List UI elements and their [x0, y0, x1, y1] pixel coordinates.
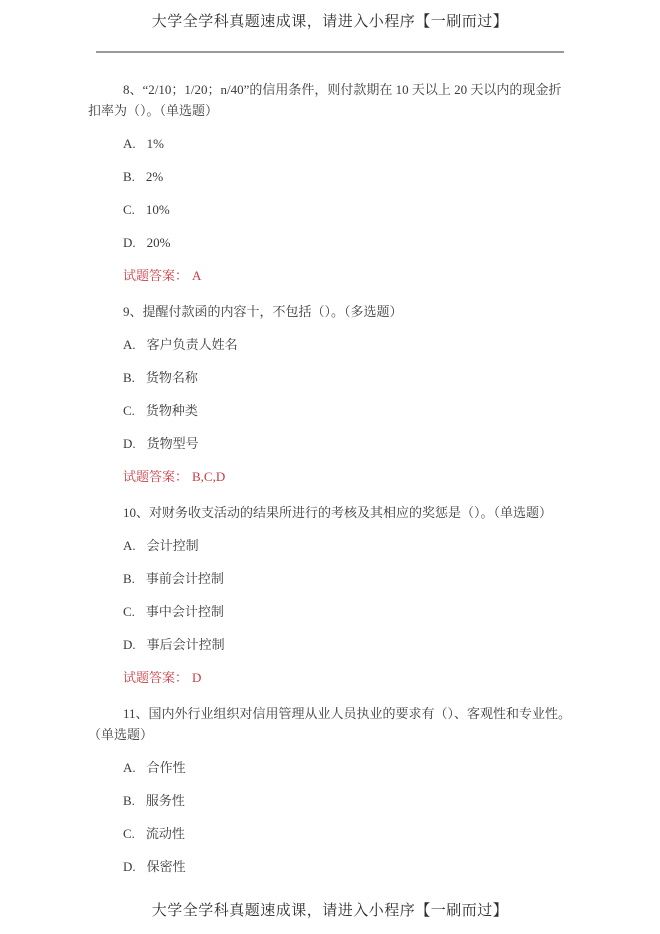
answer-label: 试题答案：	[123, 670, 188, 685]
question-text: 8、“2/10；1/20；n/40”的信用条件，则付款期在 10 天以上 20 …	[88, 79, 572, 121]
option-row: C.流动性	[123, 823, 572, 844]
question-block-9: 9、提醒付款函的内容十，不包括（）。（多选题） A.客户负责人姓名 B.货物名称…	[88, 301, 572, 487]
option-text: 事中会计控制	[146, 604, 224, 619]
option-letter: C.	[123, 604, 135, 619]
option-text: 10%	[146, 202, 170, 217]
option-row: B.事前会计控制	[123, 568, 572, 589]
option-letter: D.	[123, 235, 136, 250]
option-letter: B.	[123, 571, 135, 586]
option-row: A.会计控制	[123, 535, 572, 556]
option-letter: B.	[123, 370, 135, 385]
option-row: B.服务性	[123, 790, 572, 811]
question-block-8: 8、“2/10；1/20；n/40”的信用条件，则付款期在 10 天以上 20 …	[88, 79, 572, 286]
answer-value: A	[192, 268, 201, 283]
option-letter: C.	[123, 202, 135, 217]
option-letter: A.	[123, 337, 136, 352]
option-letter: B.	[123, 793, 135, 808]
option-text: 保密性	[147, 859, 186, 874]
option-text: 事后会计控制	[147, 637, 225, 652]
option-text: 会计控制	[147, 538, 199, 553]
option-text: 货物名称	[146, 370, 198, 385]
header-promo: 大学全学科真题速成课，请进入小程序【一刷而过】	[0, 10, 660, 31]
option-text: 事前会计控制	[146, 571, 224, 586]
option-letter: D.	[123, 436, 136, 451]
option-row: D.事后会计控制	[123, 634, 572, 655]
option-row: D.20%	[123, 232, 572, 253]
option-text: 合作性	[147, 760, 186, 775]
questions-list: 8、“2/10；1/20；n/40”的信用条件，则付款期在 10 天以上 20 …	[88, 79, 572, 877]
option-row: C.10%	[123, 199, 572, 220]
option-row: C.货物种类	[123, 400, 572, 421]
option-text: 客户负责人姓名	[147, 337, 238, 352]
option-letter: A.	[123, 136, 136, 151]
option-row: D.保密性	[123, 856, 572, 877]
option-letter: C.	[123, 403, 135, 418]
option-text: 流动性	[146, 826, 185, 841]
answer-line: 试题答案：B,C,D	[123, 466, 572, 487]
option-letter: D.	[123, 637, 136, 652]
option-row: A.合作性	[123, 757, 572, 778]
answer-label: 试题答案：	[123, 268, 188, 283]
option-text: 20%	[147, 235, 171, 250]
answer-label: 试题答案：	[123, 469, 188, 484]
option-text: 服务性	[146, 793, 185, 808]
answer-line: 试题答案：D	[123, 667, 572, 688]
footer-promo: 大学全学科真题速成课，请进入小程序【一刷而过】	[0, 899, 660, 920]
option-text: 1%	[147, 136, 164, 151]
answer-line: 试题答案：A	[123, 265, 572, 286]
option-letter: A.	[123, 760, 136, 775]
divider-line	[96, 51, 564, 53]
option-row: B.货物名称	[123, 367, 572, 388]
option-row: A.1%	[123, 133, 572, 154]
option-text: 货物型号	[147, 436, 199, 451]
option-letter: A.	[123, 538, 136, 553]
option-text: 2%	[146, 169, 163, 184]
option-text: 货物种类	[146, 403, 198, 418]
answer-value: B,C,D	[192, 469, 225, 484]
document-page: 大学全学科真题速成课，请进入小程序【一刷而过】 8、“2/10；1/20；n/4…	[0, 0, 660, 934]
question-block-10: 10、对财务收支活动的结果所进行的考核及其相应的奖惩是（）。（单选题） A.会计…	[88, 502, 572, 688]
question-text: 9、提醒付款函的内容十，不包括（）。（多选题）	[88, 301, 572, 322]
question-text: 10、对财务收支活动的结果所进行的考核及其相应的奖惩是（）。（单选题）	[88, 502, 572, 523]
option-row: C.事中会计控制	[123, 601, 572, 622]
question-text: 11、国内外行业组织对信用管理从业人员执业的要求有（）、客观性和专业性。（单选题…	[88, 703, 572, 745]
option-letter: B.	[123, 169, 135, 184]
option-row: B.2%	[123, 166, 572, 187]
option-letter: C.	[123, 826, 135, 841]
answer-value: D	[192, 670, 201, 685]
option-row: D.货物型号	[123, 433, 572, 454]
option-row: A.客户负责人姓名	[123, 334, 572, 355]
option-letter: D.	[123, 859, 136, 874]
question-block-11: 11、国内外行业组织对信用管理从业人员执业的要求有（）、客观性和专业性。（单选题…	[88, 703, 572, 877]
